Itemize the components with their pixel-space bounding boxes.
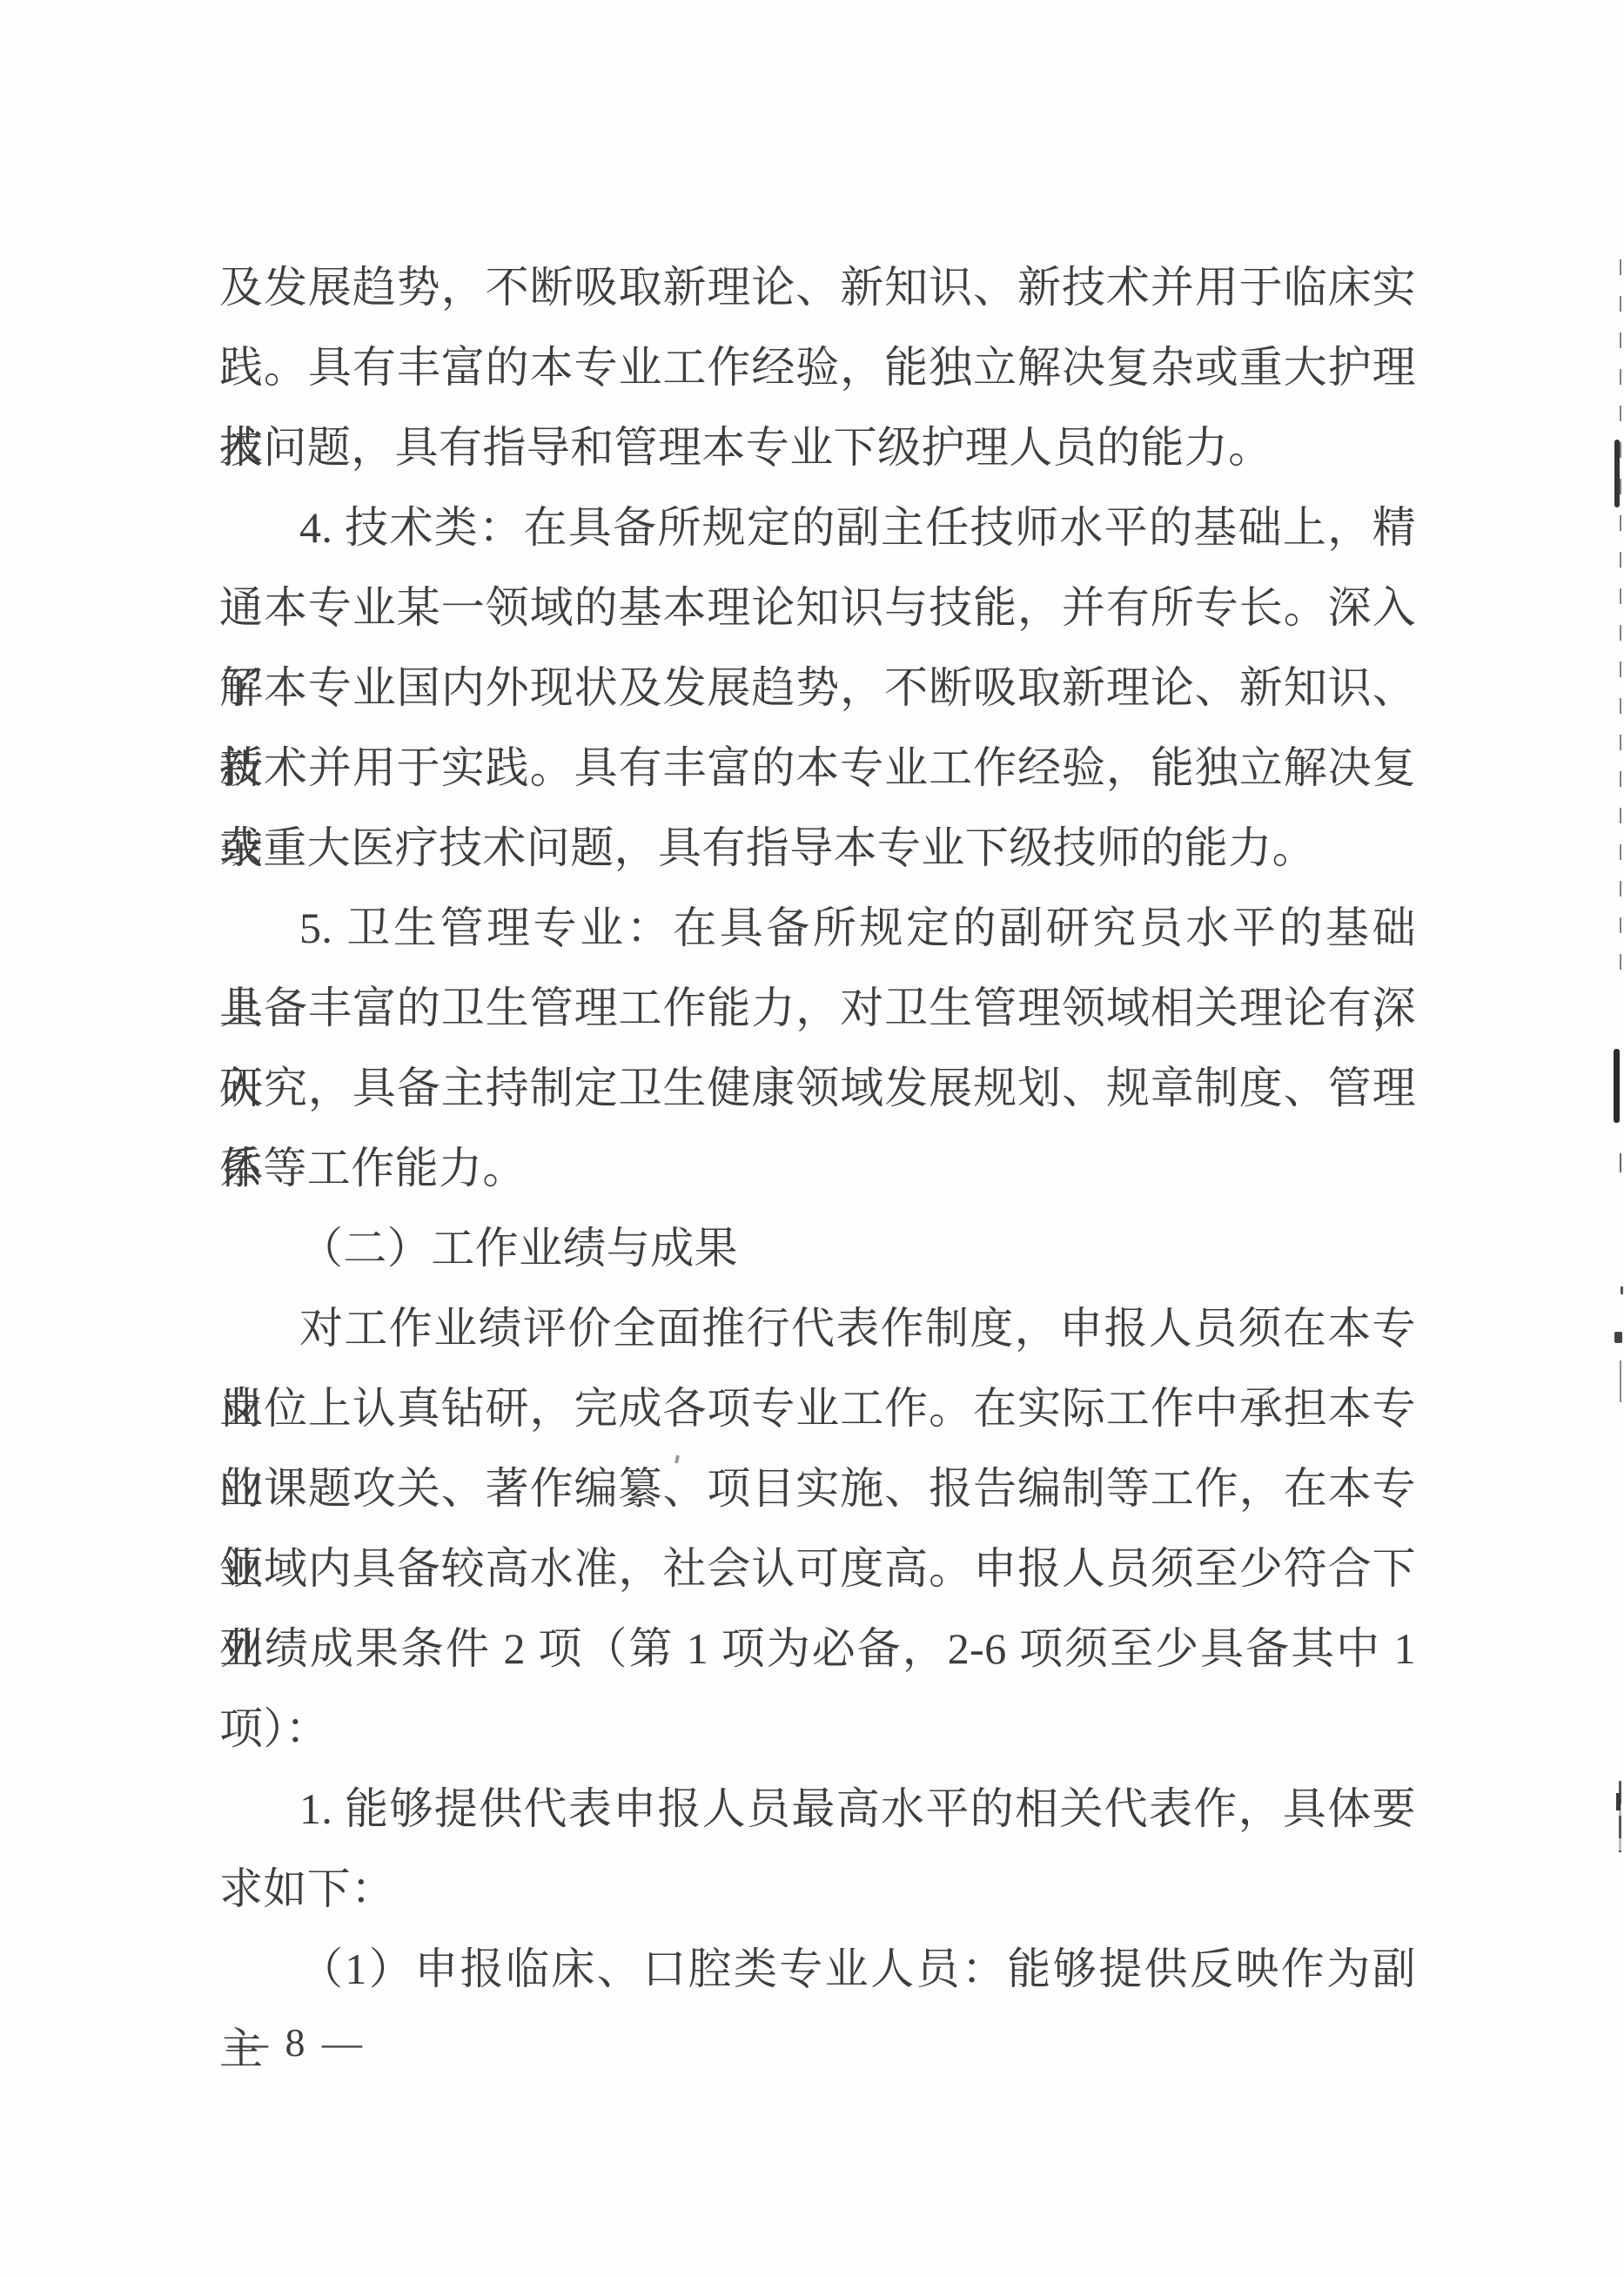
- text-line: 研究，具备主持制定卫生健康领域发展规划、规章制度、管理体: [219, 1048, 1416, 1128]
- text-line: 1. 能够提供代表申报人员最高水平的相关代表作，具体要: [219, 1769, 1416, 1849]
- text-line: 求如下：: [219, 1849, 1416, 1929]
- text-line: 4. 技术类：在具备所规定的副主任技师水平的基础上，精: [219, 487, 1416, 568]
- text-line: 具备丰富的卫生管理工作能力，对卫生管理领域相关理论有深入: [219, 968, 1416, 1048]
- text-line: 领域内具备较高水准，社会认可度高。申报人员须至少符合下列: [219, 1528, 1416, 1609]
- text-line: 或重大医疗技术问题，具有指导本专业下级技师的能力。: [219, 808, 1416, 888]
- text-line: 解本专业国内外现状及发展趋势，不断吸取新理论、新知识、新: [219, 648, 1416, 728]
- section-heading: （二）工作业绩与成果: [219, 1208, 1416, 1288]
- scan-artifact-edge-line: [1620, 259, 1621, 986]
- text-line: 践。具有丰富的本专业工作经验，能独立解决复杂或重大护理技: [219, 327, 1416, 407]
- scan-artifact-blob: [1614, 440, 1620, 507]
- text-line: 对工作业绩评价全面推行代表作制度，申报人员须在本专业: [219, 1288, 1416, 1368]
- text-line: 技术并用于实践。具有丰富的本专业工作经验，能独立解决复杂: [219, 728, 1416, 808]
- scan-artifact-mark: [1614, 1332, 1622, 1343]
- text-line: 通本专业某一领域的基本理论知识与技能，并有所专长。深入了: [219, 568, 1416, 648]
- text-line: （1）申报临床、口腔类专业人员：能够提供反映作为副主: [219, 1929, 1416, 2009]
- scan-artifact-mark: [1616, 1793, 1621, 1810]
- text-line: 术问题，具有指导和管理本专业下级护理人员的能力。: [219, 407, 1416, 487]
- scan-artifact-edge-line: [1619, 1781, 1621, 1852]
- document-page: 及发展趋势，不断吸取新理论、新知识、新技术并用于临床实 践。具有丰富的本专业工作…: [0, 0, 1624, 2277]
- text-line: 岗位上认真钻研，完成各项专业工作。在实际工作中承担本专业: [219, 1368, 1416, 1448]
- text-line: 的课题攻关、著作编纂、项目实施、报告编制等工作，在本专业: [219, 1448, 1416, 1528]
- text-line: 业绩成果条件 2 项（第 1 项为必备，2-6 项须至少具备其中 1: [219, 1609, 1416, 1689]
- page-number-footer: — 8 —: [228, 2012, 366, 2073]
- text-line: 系等工作能力。: [219, 1128, 1416, 1208]
- scan-artifact-edge-line: [1620, 1360, 1621, 1402]
- text-line: 及发展趋势，不断吸取新理论、新知识、新技术并用于临床实: [219, 247, 1416, 327]
- scan-artifact-dash: [1620, 1153, 1621, 1172]
- text-line: 5. 卫生管理专业：在具备所规定的副研究员水平的基础上，: [219, 888, 1416, 968]
- body-text: 及发展趋势，不断吸取新理论、新知识、新技术并用于临床实 践。具有丰富的本专业工作…: [219, 247, 1416, 2009]
- text-line: 项）：: [219, 1689, 1416, 1769]
- scan-artifact-dot: [1621, 1286, 1623, 1294]
- scan-artifact-blob: [1614, 1049, 1620, 1123]
